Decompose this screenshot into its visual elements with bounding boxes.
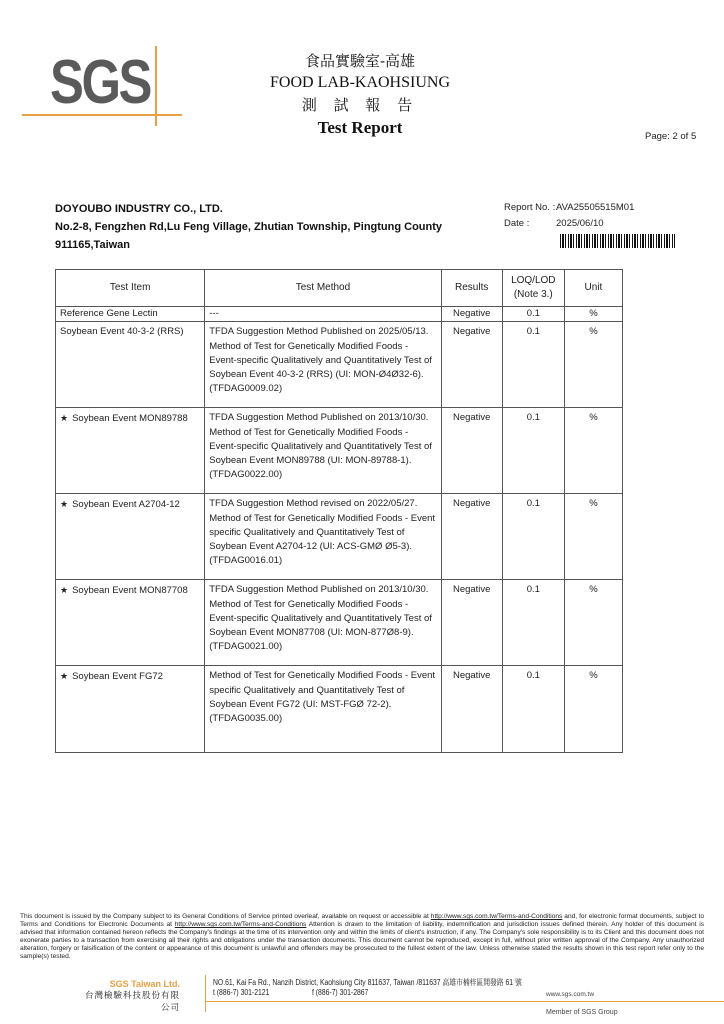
- star-icon: ★: [60, 585, 68, 595]
- cell-result: Negative: [441, 408, 502, 494]
- company-fax: f (886-7) 301-2867: [312, 988, 368, 997]
- table-row: ★Soybean Event MON89788 TFDA Suggestion …: [56, 408, 623, 494]
- item-name: Soybean Event MON89788: [72, 413, 188, 424]
- cell-test-method: ---: [205, 307, 441, 322]
- logo-vertical-line: [155, 46, 157, 126]
- client-name: DOYOUBO INDUSTRY CO., LTD.: [55, 200, 442, 218]
- lab-title-cn: 食品實驗室-高雄: [230, 50, 490, 72]
- cell-loq: 0.1: [502, 666, 564, 753]
- company-name-block: SGS Taiwan Ltd. 台灣檢驗科技股份有限公司: [80, 978, 180, 1014]
- cell-loq: 0.1: [502, 307, 564, 322]
- report-info: Report No. : AVA25505515M01 Date : 2025/…: [504, 200, 634, 232]
- cell-test-method: TFDA Suggestion Method Published on 2025…: [205, 322, 441, 408]
- header-loq-lod: LOQ/LOD (Note 3.): [502, 270, 564, 307]
- header-results: Results: [441, 270, 502, 307]
- date-label: Date :: [504, 216, 556, 232]
- client-address-line1: No.2-8, Fengzhen Rd,Lu Feng Village, Zhu…: [55, 218, 442, 236]
- item-name: Soybean Event 40-3-2 (RRS): [60, 326, 184, 337]
- cell-unit: %: [564, 322, 622, 408]
- header-loq-line2: (Note 3.): [507, 288, 560, 302]
- terms-link-2[interactable]: http://www.sgs.com.tw/Terms-and-Conditio…: [175, 921, 307, 928]
- cell-result: Negative: [441, 307, 502, 322]
- logo-horizontal-line: [22, 114, 182, 116]
- table-row: ★Soybean Event MON87708 TFDA Suggestion …: [56, 580, 623, 666]
- footer-vertical-divider: [205, 975, 206, 1012]
- item-name: Soybean Event MON87708: [72, 585, 188, 596]
- cell-test-item: Reference Gene Lectin: [56, 307, 205, 322]
- table-row: ★Soybean Event A2704-12 TFDA Suggestion …: [56, 494, 623, 580]
- table-row: ★Soybean Event FG72 Method of Test for G…: [56, 666, 623, 753]
- cell-test-item: ★Soybean Event FG72: [56, 666, 205, 753]
- cell-test-item: ★Soybean Event MON87708: [56, 580, 205, 666]
- cell-loq: 0.1: [502, 408, 564, 494]
- lab-title-en: FOOD LAB-KAOHSIUNG: [230, 72, 490, 94]
- terms-link-1[interactable]: http://www.sgs.com.tw/Terms-and-Conditio…: [431, 913, 563, 920]
- report-no-label: Report No. :: [504, 200, 556, 216]
- table-row: Soybean Event 40-3-2 (RRS) TFDA Suggesti…: [56, 322, 623, 408]
- cell-unit: %: [564, 408, 622, 494]
- company-phone: t (886-7) 301-2121: [213, 988, 269, 997]
- cell-result: Negative: [441, 494, 502, 580]
- client-info: DOYOUBO INDUSTRY CO., LTD. No.2-8, Fengz…: [55, 200, 442, 254]
- sgs-logo: SGS: [22, 46, 182, 126]
- header-test-item: Test Item: [56, 270, 205, 307]
- report-header: 食品實驗室-高雄 FOOD LAB-KAOHSIUNG 測 試 報 告 Test…: [230, 50, 490, 140]
- cell-test-item: ★Soybean Event MON89788: [56, 408, 205, 494]
- header-unit: Unit: [564, 270, 622, 307]
- cell-test-method: TFDA Suggestion Method Published on 2013…: [205, 580, 441, 666]
- company-name-en: SGS Taiwan Ltd.: [80, 978, 180, 990]
- cell-loq: 0.1: [502, 580, 564, 666]
- cell-test-method: TFDA Suggestion Method Published on 2013…: [205, 408, 441, 494]
- report-subtitle-cn: 測 試 報 告: [230, 94, 490, 116]
- star-icon: ★: [60, 499, 68, 509]
- report-subtitle-en: Test Report: [230, 116, 490, 140]
- table-row: Reference Gene Lectin --- Negative 0.1 %: [56, 307, 623, 322]
- legal-disclaimer: This document is issued by the Company s…: [20, 913, 704, 962]
- cell-unit: %: [564, 666, 622, 753]
- footer-horizontal-divider: [205, 1001, 724, 1002]
- cell-unit: %: [564, 307, 622, 322]
- cell-test-method: Method of Test for Genetically Modified …: [205, 666, 441, 753]
- cell-unit: %: [564, 580, 622, 666]
- logo-text: SGS: [50, 52, 150, 114]
- cell-test-item: Soybean Event 40-3-2 (RRS): [56, 322, 205, 408]
- member-of-sgs-group: Member of SGS Group: [546, 1009, 618, 1016]
- company-name-cn: 台灣檢驗科技股份有限公司: [80, 990, 180, 1014]
- report-no-value: AVA25505515M01: [556, 200, 634, 216]
- results-table: Test Item Test Method Results LOQ/LOD (N…: [55, 269, 623, 753]
- item-name: Soybean Event FG72: [72, 671, 163, 682]
- star-icon: ★: [60, 413, 68, 423]
- cell-unit: %: [564, 494, 622, 580]
- page-number: Page: 2 of 5: [645, 131, 696, 142]
- company-address: NO.61, Kai Fa Rd., Nanzih District, Kaoh…: [213, 977, 522, 988]
- star-icon: ★: [60, 671, 68, 681]
- item-name: Reference Gene Lectin: [60, 308, 158, 319]
- company-website[interactable]: www.sgs.com.tw: [546, 991, 594, 998]
- cell-loq: 0.1: [502, 494, 564, 580]
- cell-result: Negative: [441, 666, 502, 753]
- cell-loq: 0.1: [502, 322, 564, 408]
- client-address-line2: 911165,Taiwan: [55, 236, 442, 254]
- header-loq-line1: LOQ/LOD: [507, 274, 560, 288]
- table-header-row: Test Item Test Method Results LOQ/LOD (N…: [56, 270, 623, 307]
- cell-test-item: ★Soybean Event A2704-12: [56, 494, 205, 580]
- cell-test-method: TFDA Suggestion Method revised on 2022/0…: [205, 494, 441, 580]
- cell-result: Negative: [441, 322, 502, 408]
- disclaimer-text-1: This document is issued by the Company s…: [20, 913, 431, 920]
- item-name: Soybean Event A2704-12: [72, 499, 180, 510]
- date-value: 2025/06/10: [556, 216, 604, 232]
- header-test-method: Test Method: [205, 270, 441, 307]
- cell-result: Negative: [441, 580, 502, 666]
- barcode: [560, 234, 675, 248]
